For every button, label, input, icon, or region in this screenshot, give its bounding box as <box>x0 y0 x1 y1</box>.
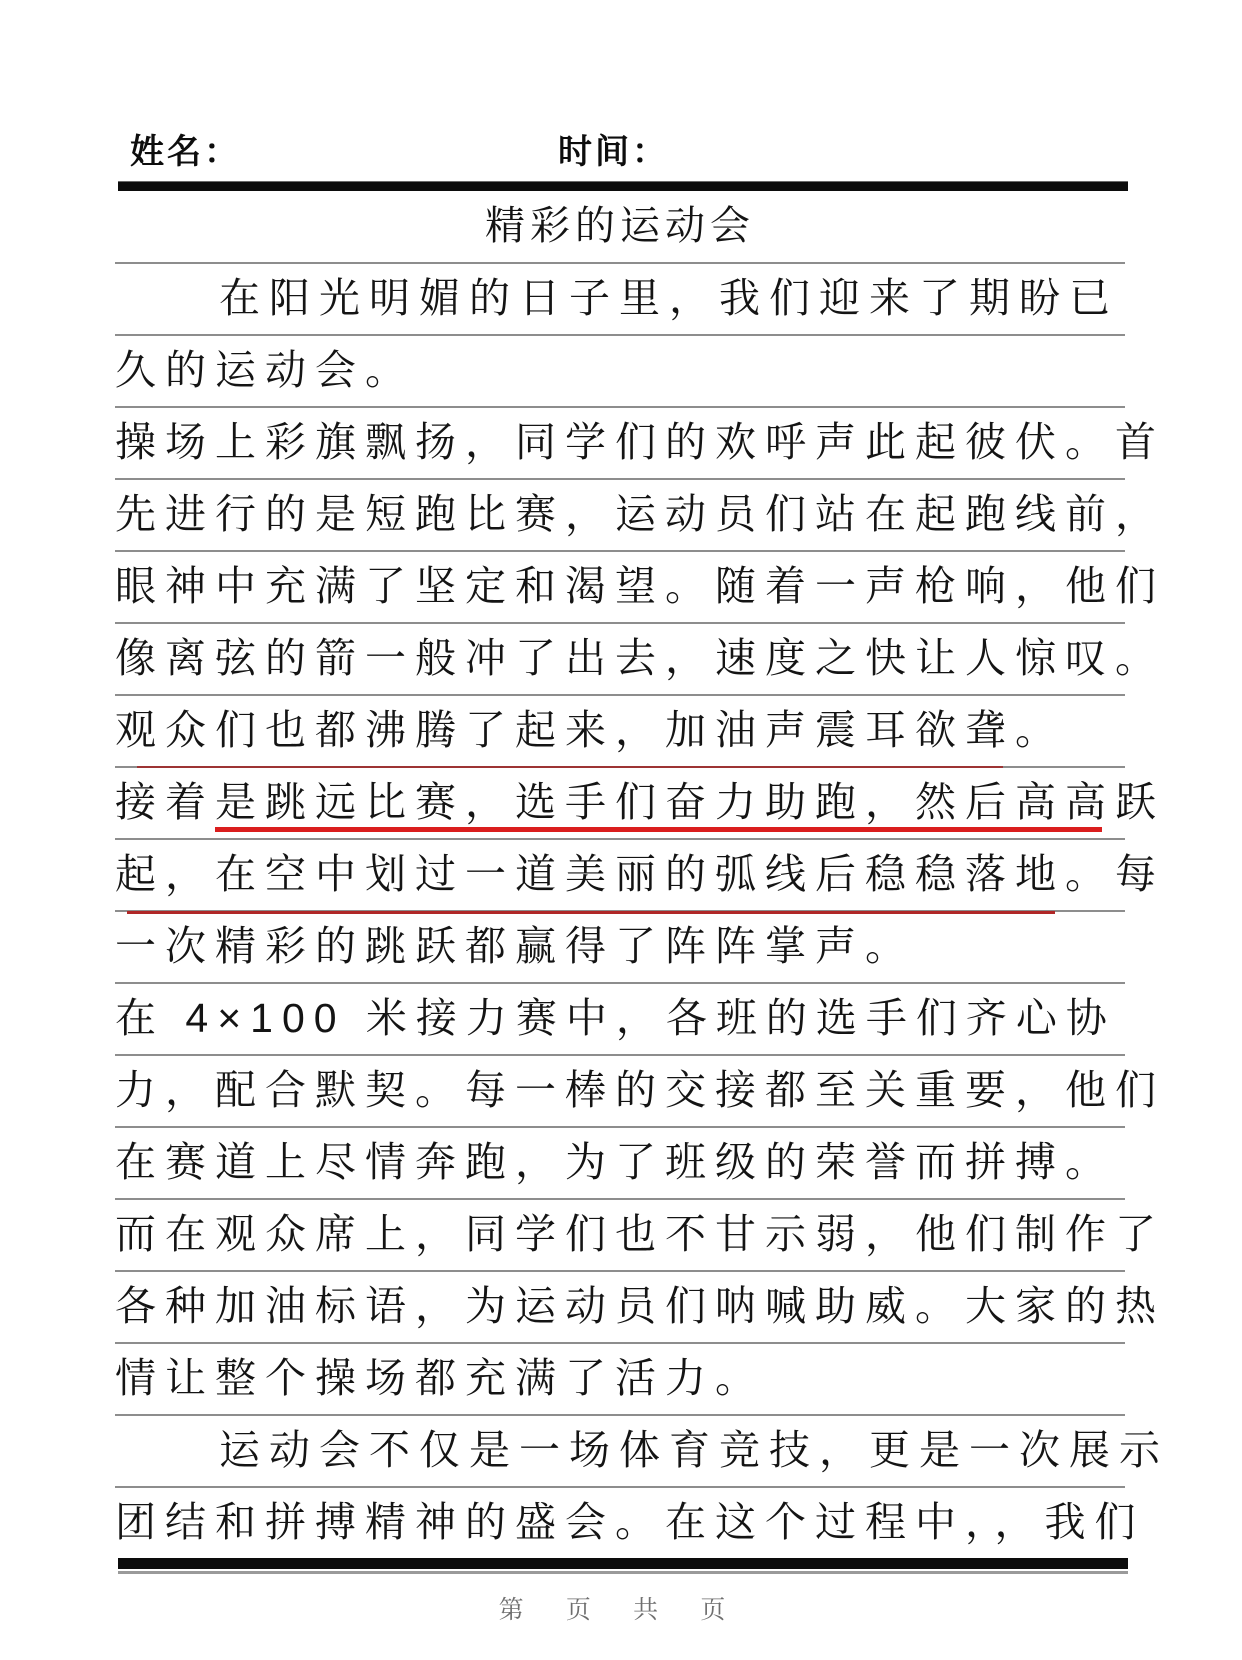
essay-line: 各种加油标语，为运动员们呐喊助威。大家的热 <box>115 1272 1125 1344</box>
essay-line: 起，在空中划过一道美丽的弧线后稳稳落地。每 <box>115 840 1125 912</box>
essay-line: 眼神中充满了坚定和渴望。随着一声枪响，他们 <box>115 552 1125 624</box>
essay-line: 一次精彩的跳跃都赢得了阵阵掌声。 <box>115 912 1125 984</box>
bottom-divider-rule <box>118 1558 1128 1569</box>
red-underline-mark <box>137 766 1003 768</box>
essay-line: 而在观众席上，同学们也不甘示弱，他们制作了 <box>115 1200 1125 1272</box>
essay-line: 像离弦的箭一般冲了出去，速度之快让人惊叹。 <box>115 624 1125 696</box>
essay-line: 久的运动会。 <box>115 336 1125 408</box>
header-divider-rule <box>118 181 1128 191</box>
bottom-divider-rule-shadow <box>118 1571 1128 1574</box>
page-number-footer: 第 页 共 页 <box>0 1590 1242 1626</box>
time-field-label: 时间： <box>558 124 669 173</box>
essay-line: 在阳光明媚的日子里，我们迎来了期盼已 <box>115 264 1125 336</box>
name-field-label: 姓名： <box>130 124 241 173</box>
essay-line: 团结和拼搏精神的盛会。在这个过程中，，我们 <box>115 1488 1125 1558</box>
essay-line: 情让整个操场都充满了活力。 <box>115 1344 1125 1416</box>
essay-line: 观众们也都沸腾了起来，加油声震耳欲聋。 <box>115 696 1125 768</box>
ruled-writing-area: 精彩的运动会 在阳光明媚的日子里，我们迎来了期盼已 久的运动会。 操场上彩旗飘扬… <box>115 192 1125 1558</box>
essay-line: 力，配合默契。每一棒的交接都至关重要，他们 <box>115 1056 1125 1128</box>
red-underline-mark <box>127 911 1055 914</box>
red-underline-mark <box>215 827 1102 832</box>
essay-line: 运动会不仅是一场体育竞技，更是一次展示 <box>115 1416 1125 1488</box>
essay-line: 在赛道上尽情奔跑，为了班级的荣誉而拼搏。 <box>115 1128 1125 1200</box>
essay-line: 操场上彩旗飘扬，同学们的欢呼声此起彼伏。首 <box>115 408 1125 480</box>
essay-line: 在 4×100 米接力赛中，各班的选手们齐心协 <box>115 984 1125 1056</box>
essay-title: 精彩的运动会 <box>115 192 1125 264</box>
essay-line: 先进行的是短跑比赛，运动员们站在起跑线前， <box>115 480 1125 552</box>
